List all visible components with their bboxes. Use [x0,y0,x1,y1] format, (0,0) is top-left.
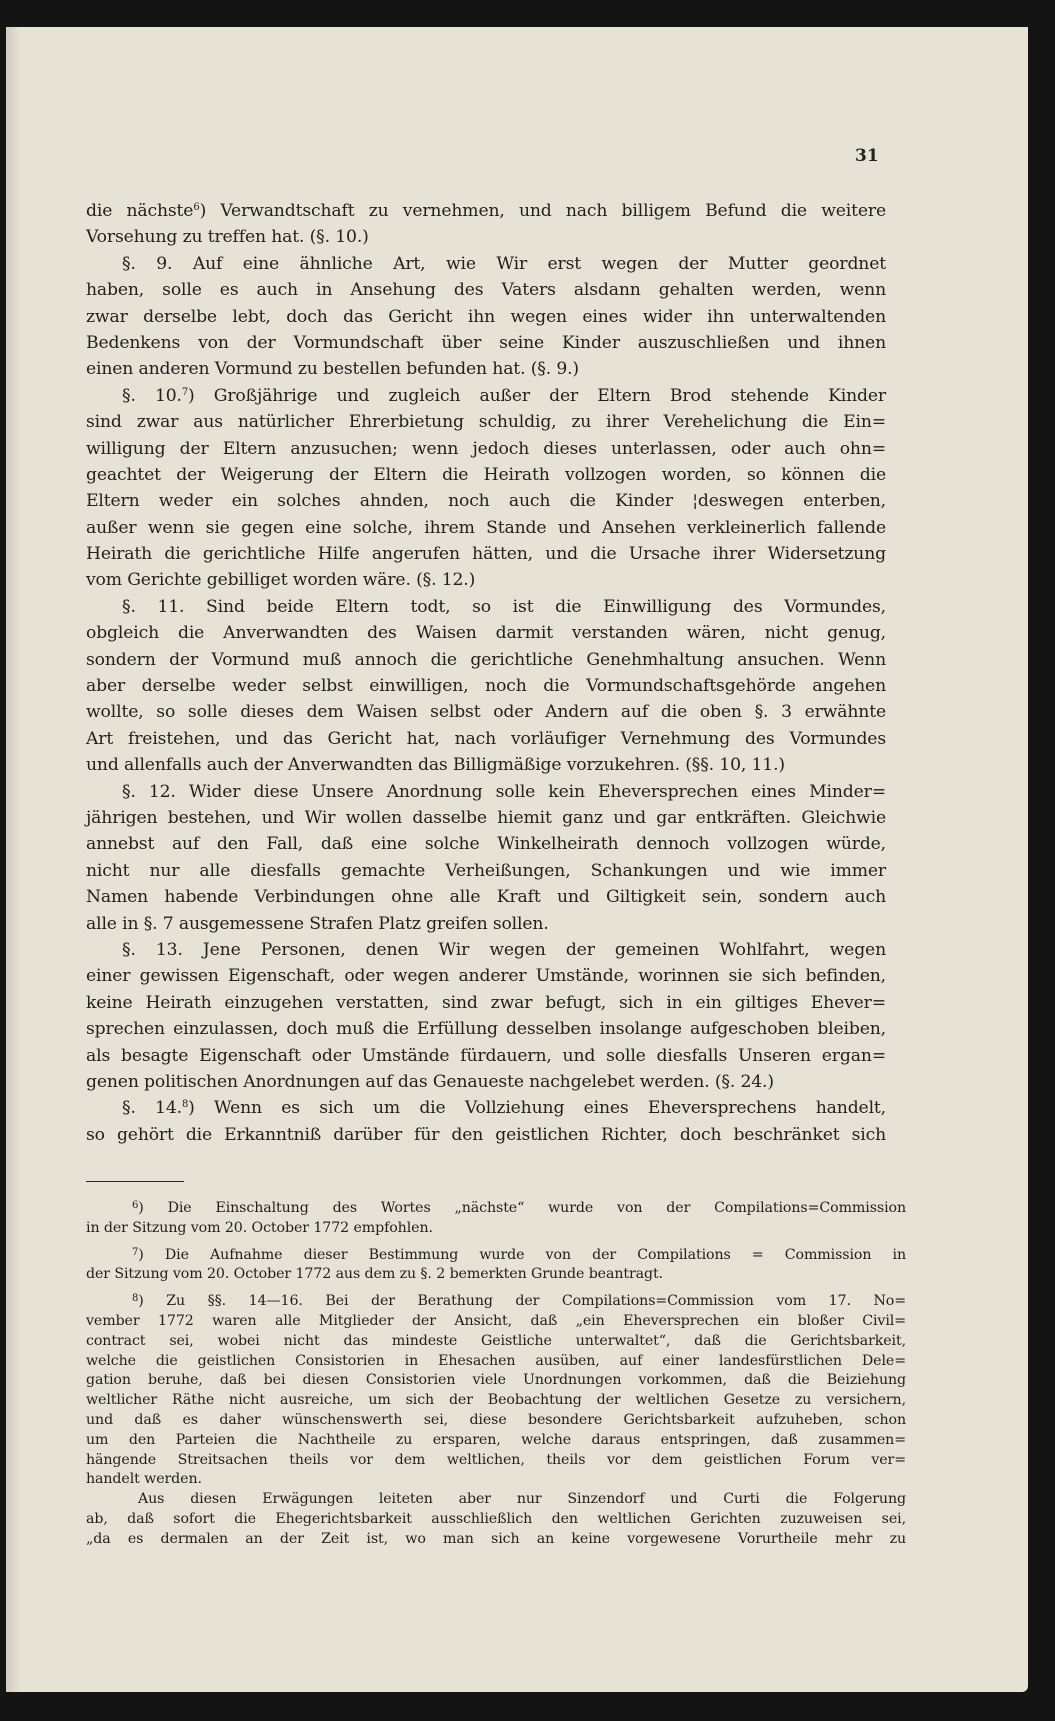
section-9-heading-line: §. 9. Auf eine ähnliche Art, wie Wir ers… [86,251,886,277]
footnote-line: vember 1772 waren alle Mitglieder der An… [86,1312,906,1332]
text-line: nicht nur alle diesfalls gemachte Verhei… [86,858,886,884]
main-text: die nächste6) Verwandtschaft zu vernehme… [86,198,886,1148]
page-number: 31 [855,146,879,166]
footnote-line: handelt werden. [86,1470,906,1490]
text-line: Vorsehung zu treffen hat. (§. 10.) [86,224,886,250]
text-line: sprechen einzulassen, doch muß die Erfül… [86,1016,886,1042]
section-11-heading-line: §. 11. Sind beide Eltern todt, so ist di… [86,594,886,620]
text-line: genen politischen Anordnungen auf das Ge… [86,1069,886,1095]
footnote-6-line: 6) Die Einschaltung des Wortes „nächste“… [86,1199,906,1219]
text-line: Bedenkens von der Vormundschaft über sei… [86,330,886,356]
footnote-continuation-line: Aus diesen Erwägungen leiteten aber nur … [86,1490,906,1510]
text-line: außer wenn sie gegen eine solche, ihrem … [86,515,886,541]
section-14-heading-line: §. 14.8) Wenn es sich um die Vollziehung… [86,1095,886,1121]
text-line: geachtet der Weigerung der Eltern die He… [86,462,886,488]
text-line: Eltern weder ein solches ahnden, noch au… [86,488,886,514]
text-line: einen anderen Vormund zu bestellen befun… [86,356,886,382]
text-line: sondern der Vormund muß annoch die geric… [86,647,886,673]
text-line: keine Heirath einzugehen verstatten, sin… [86,990,886,1016]
text-line: Heirath die gerichtliche Hilfe angerufen… [86,541,886,567]
text-line: zwar derselbe lebt, doch das Gericht ihn… [86,304,886,330]
footnote-line: contract sei, wobei nicht das mindeste G… [86,1332,906,1352]
text-line: als besagte Eigenschaft oder Umstände fü… [86,1043,886,1069]
footnote-line: hängende Streitsachen theils vor dem wel… [86,1451,906,1471]
footnote-ref[interactable]: 6 [193,202,199,213]
footnote-ref[interactable]: 7 [182,387,188,398]
footnote-separator-rule [86,1181,184,1182]
section-12-heading-line: §. 12. Wider diese Unsere Anordnung soll… [86,779,886,805]
footnote-7-line: 7) Die Aufnahme dieser Bestimmung wurde … [86,1246,906,1266]
footnote-8-line: 8) Zu §§. 14—16. Bei der Berathung der C… [86,1292,906,1312]
section-13-heading-line: §. 13. Jene Personen, denen Wir wegen de… [86,937,886,963]
footnote-marker: 6 [132,1200,138,1211]
text-line: willigung der Eltern anzusuchen; wenn je… [86,436,886,462]
footnote-line: in der Sitzung vom 20. October 1772 empf… [86,1219,906,1239]
footnote-line: und daß es daher wünschenswerth sei, die… [86,1411,906,1431]
footnote-line: um den Parteien die Nachtheile zu erspar… [86,1431,906,1451]
text-line: einer gewissen Eigenschaft, oder wegen a… [86,963,886,989]
footnote-marker: 8 [132,1293,138,1304]
text-line: obgleich die Anverwandten des Waisen dar… [86,620,886,646]
text-line: haben, solle es auch in Ansehung des Vat… [86,277,886,303]
footnote-continuation-line: ab, daß sofort die Ehegerichtsbarkeit au… [86,1510,906,1530]
text-line: Art freistehen, und das Gericht hat, nac… [86,726,886,752]
text-line: annebst auf den Fall, daß eine solche Wi… [86,831,886,857]
footnote-continuation-line: „da es dermalen an der Zeit ist, wo man … [86,1530,906,1550]
footnote-line: welche die geistlichen Consistorien in E… [86,1352,906,1372]
text-line: und allenfalls auch der Anverwandten das… [86,752,886,778]
text-line: aber derselbe weder selbst einwilligen, … [86,673,886,699]
text-line: vom Gerichte gebilliget worden wäre. (§.… [86,567,886,593]
text-line: so gehört die Erkanntniß darüber für den… [86,1122,886,1148]
text-line: sind zwar aus natürlicher Ehrerbietung s… [86,409,886,435]
text-line: wollte, so solle dieses dem Waisen selbs… [86,699,886,725]
footnote-line: gation beruhe, daß bei diesen Consistori… [86,1371,906,1391]
text-line: Namen habende Verbindungen ohne alle Kra… [86,884,886,910]
footnotes: 6) Die Einschaltung des Wortes „nächste“… [86,1199,886,1550]
footnote-line: der Sitzung vom 20. October 1772 aus dem… [86,1265,906,1285]
footnote-line: weltlicher Räthe nicht ausreiche, um sic… [86,1391,906,1411]
footnote-ref[interactable]: 8 [182,1099,188,1110]
footnote-marker: 7 [132,1247,138,1258]
section-10-heading-line: §. 10.7) Großjährige und zugleich außer … [86,383,886,409]
text-line: jährigen bestehen, und Wir wollen dassel… [86,805,886,831]
text-line: alle in §. 7 ausgemessene Strafen Platz … [86,911,886,937]
text-line: die nächste6) Verwandtschaft zu vernehme… [86,198,886,224]
